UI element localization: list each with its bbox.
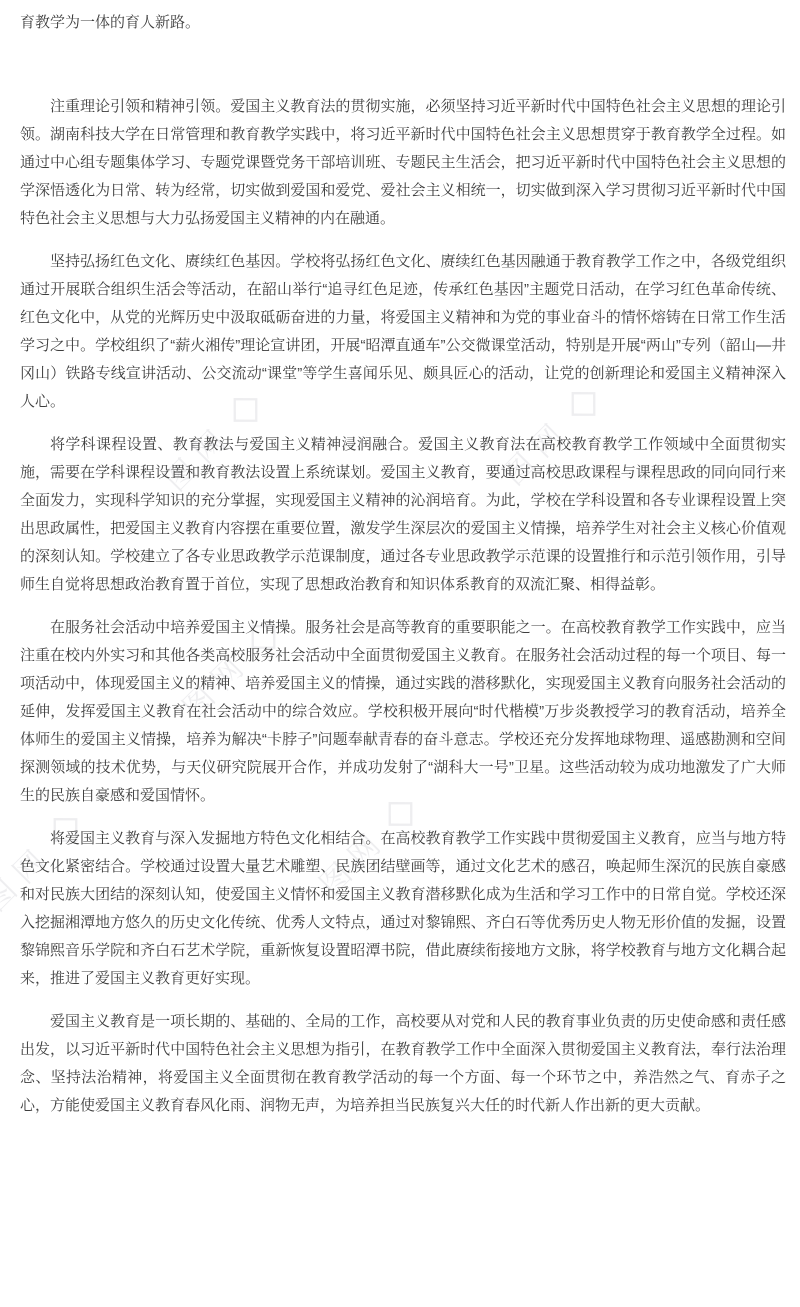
paragraph: 坚持弘扬红色文化、赓续红色基因。学校将弘扬红色文化、赓续红色基因融通于教育教学工…: [20, 248, 786, 416]
document-body: 育教学为一体的育人新路。 注重理论引领和精神引领。爱国主义教育法的贯彻实施，必须…: [0, 0, 800, 1120]
paragraph: 注重理论引领和精神引领。爱国主义教育法的贯彻实施，必须坚持习近平新时代中国特色社…: [20, 93, 786, 233]
paragraph: 爱国主义教育是一项长期的、基础的、全局的工作，高校要从对党和人民的教育事业负责的…: [20, 1008, 786, 1120]
paragraph-fragment: 育教学为一体的育人新路。: [20, 9, 786, 37]
paragraph: 将学科课程设置、教育教法与爱国主义精神浸润融合。爱国主义教育法在高校教育教学工作…: [20, 431, 786, 599]
paragraph: 将爱国主义教育与深入发掘地方特色文化相结合。在高校教育教学工作实践中贯彻爱国主义…: [20, 825, 786, 993]
document-page: 图网 ◇ 图网 ◇ 图网 ◇ 图网 ◇ 图网 ◇ 育教学为一体的育人新路。 注重…: [0, 0, 800, 1307]
paragraph: 在服务社会活动中培养爱国主义情操。服务社会是高等教育的重要职能之一。在高校教育教…: [20, 614, 786, 810]
